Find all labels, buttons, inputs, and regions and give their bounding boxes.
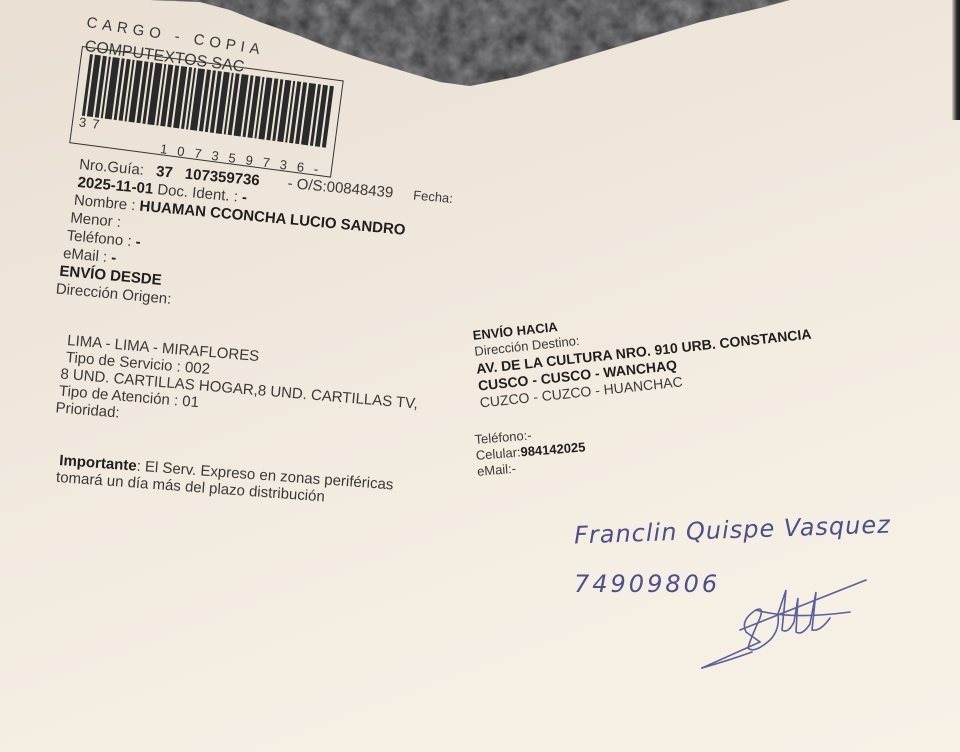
- barcode-bars: [82, 54, 334, 148]
- os-value: 00848439: [326, 179, 394, 202]
- handwritten-name: Franclin Quispe Vasquez: [574, 510, 892, 549]
- dest-email-label: eMail:: [477, 461, 513, 479]
- dest-telefono-value: -: [527, 428, 533, 443]
- guide-prefix: 37: [155, 163, 173, 181]
- dest-email-value: -: [511, 461, 517, 476]
- shipping-receipt: CARGO - COPIA COMPUTEXTOS SAC 37 1073597…: [0, 0, 960, 752]
- telefono-value: -: [135, 233, 142, 250]
- fecha-label: Fecha:: [413, 187, 454, 206]
- signature: [690, 570, 870, 680]
- os-label: - O/S:: [287, 175, 328, 195]
- email-value: -: [110, 249, 117, 266]
- barcode-prefix: 37: [78, 114, 106, 132]
- doc-ident-value: -: [241, 189, 248, 206]
- sender-name: HUAMAN CCONCHA LUCIO SANDRO: [139, 198, 406, 239]
